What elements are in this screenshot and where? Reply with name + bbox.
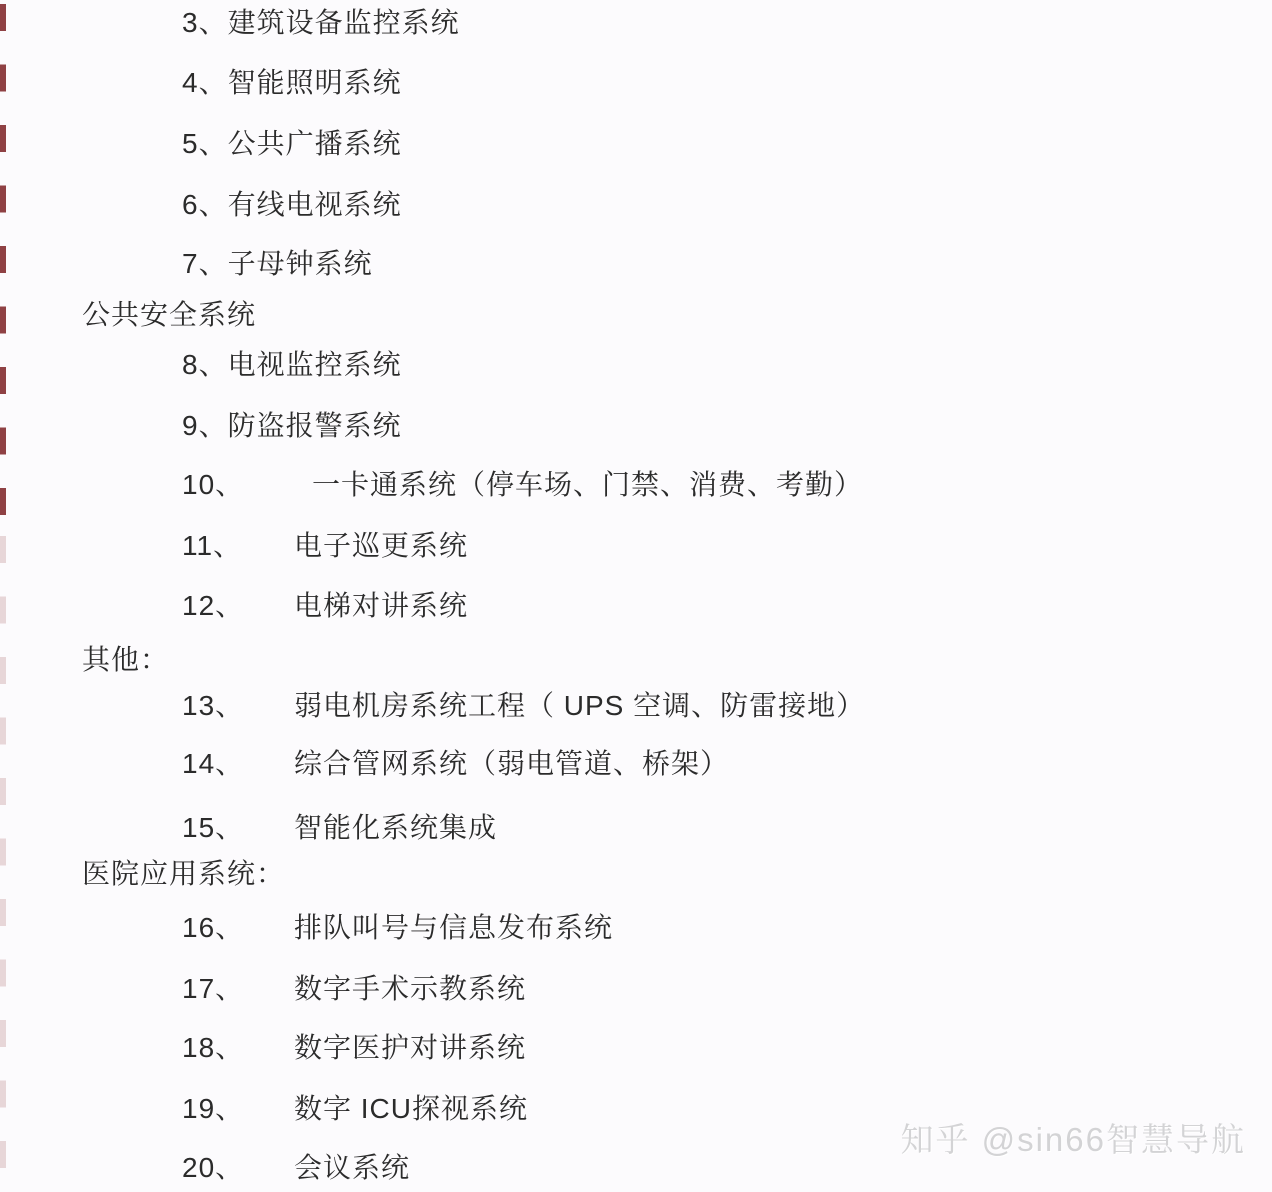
- item-number: 3、: [182, 6, 228, 40]
- item-number: 20、: [182, 1151, 294, 1185]
- list-item: 20、会议系统: [182, 1151, 410, 1185]
- list-item: 13、弱电机房系统工程（ UPS 空调、防雷接地）: [182, 689, 865, 723]
- item-number: 17、: [182, 972, 294, 1006]
- item-label: 电子巡更系统: [294, 530, 468, 561]
- item-number: 14、: [182, 747, 294, 781]
- page-edge-marks: [0, 4, 6, 536]
- item-label: 子母钟系统: [228, 248, 373, 279]
- item-number: 5、: [182, 127, 228, 161]
- list-item: 3、建筑设备监控系统: [182, 6, 460, 40]
- item-number: 19、: [182, 1092, 294, 1126]
- document-page: 3、建筑设备监控系统 4、智能照明系统 5、公共广播系统 6、有线电视系统 7、…: [0, 0, 1272, 1192]
- list-item: 10、一卡通系统（停车场、门禁、消费、考勤）: [182, 468, 863, 502]
- item-label: 公共广播系统: [228, 128, 402, 159]
- item-number: 11、: [182, 529, 294, 563]
- item-label: 智能化系统集成: [294, 812, 497, 843]
- item-label: 智能照明系统: [228, 67, 402, 98]
- item-label: 会议系统: [294, 1152, 410, 1183]
- section-header: 其他：: [82, 643, 169, 677]
- item-number: 10、: [182, 468, 312, 502]
- section-header: 医院应用系统：: [82, 857, 285, 891]
- item-label: 综合管网系统（弱电管道、桥架）: [294, 748, 729, 779]
- item-label: 排队叫号与信息发布系统: [294, 912, 613, 943]
- list-item: 4、智能照明系统: [182, 66, 402, 100]
- item-label: 弱电机房系统工程（ UPS 空调、防雷接地）: [294, 690, 865, 721]
- item-number: 13、: [182, 689, 294, 723]
- list-item: 8、电视监控系统: [182, 348, 402, 382]
- item-label: 一卡通系统（停车场、门禁、消费、考勤）: [312, 469, 863, 500]
- item-label: 建筑设备监控系统: [228, 7, 460, 38]
- page-edge-marks-faint: [0, 536, 6, 1192]
- item-label: 防盗报警系统: [228, 410, 402, 441]
- item-label: 有线电视系统: [228, 189, 402, 220]
- list-item: 19、数字 ICU探视系统: [182, 1092, 528, 1126]
- section-header: 公共安全系统: [82, 298, 256, 332]
- list-item: 7、子母钟系统: [182, 247, 373, 281]
- item-label: 电视监控系统: [228, 349, 402, 380]
- list-item: 12、电梯对讲系统: [182, 589, 468, 623]
- item-number: 15、: [182, 811, 294, 845]
- list-item: 17、数字手术示教系统: [182, 972, 526, 1006]
- list-item: 9、防盗报警系统: [182, 409, 402, 443]
- item-number: 18、: [182, 1031, 294, 1065]
- watermark: 知乎 @sin66智慧导航: [900, 1114, 1246, 1161]
- item-number: 4、: [182, 66, 228, 100]
- list-item: 14、综合管网系统（弱电管道、桥架）: [182, 747, 729, 781]
- item-number: 8、: [182, 348, 228, 382]
- item-number: 6、: [182, 188, 228, 222]
- item-number: 12、: [182, 589, 294, 623]
- item-number: 7、: [182, 247, 228, 281]
- list-item: 5、公共广播系统: [182, 127, 402, 161]
- item-label: 数字手术示教系统: [294, 973, 526, 1004]
- item-label: 数字医护对讲系统: [294, 1032, 526, 1063]
- list-item: 11、电子巡更系统: [182, 529, 468, 563]
- item-number: 16、: [182, 911, 294, 945]
- item-number: 9、: [182, 409, 228, 443]
- list-item: 16、排队叫号与信息发布系统: [182, 911, 613, 945]
- list-item: 6、有线电视系统: [182, 188, 402, 222]
- item-label: 电梯对讲系统: [294, 590, 468, 621]
- item-label: 数字 ICU探视系统: [294, 1093, 528, 1124]
- list-item: 15、智能化系统集成: [182, 811, 497, 845]
- list-item: 18、数字医护对讲系统: [182, 1031, 526, 1065]
